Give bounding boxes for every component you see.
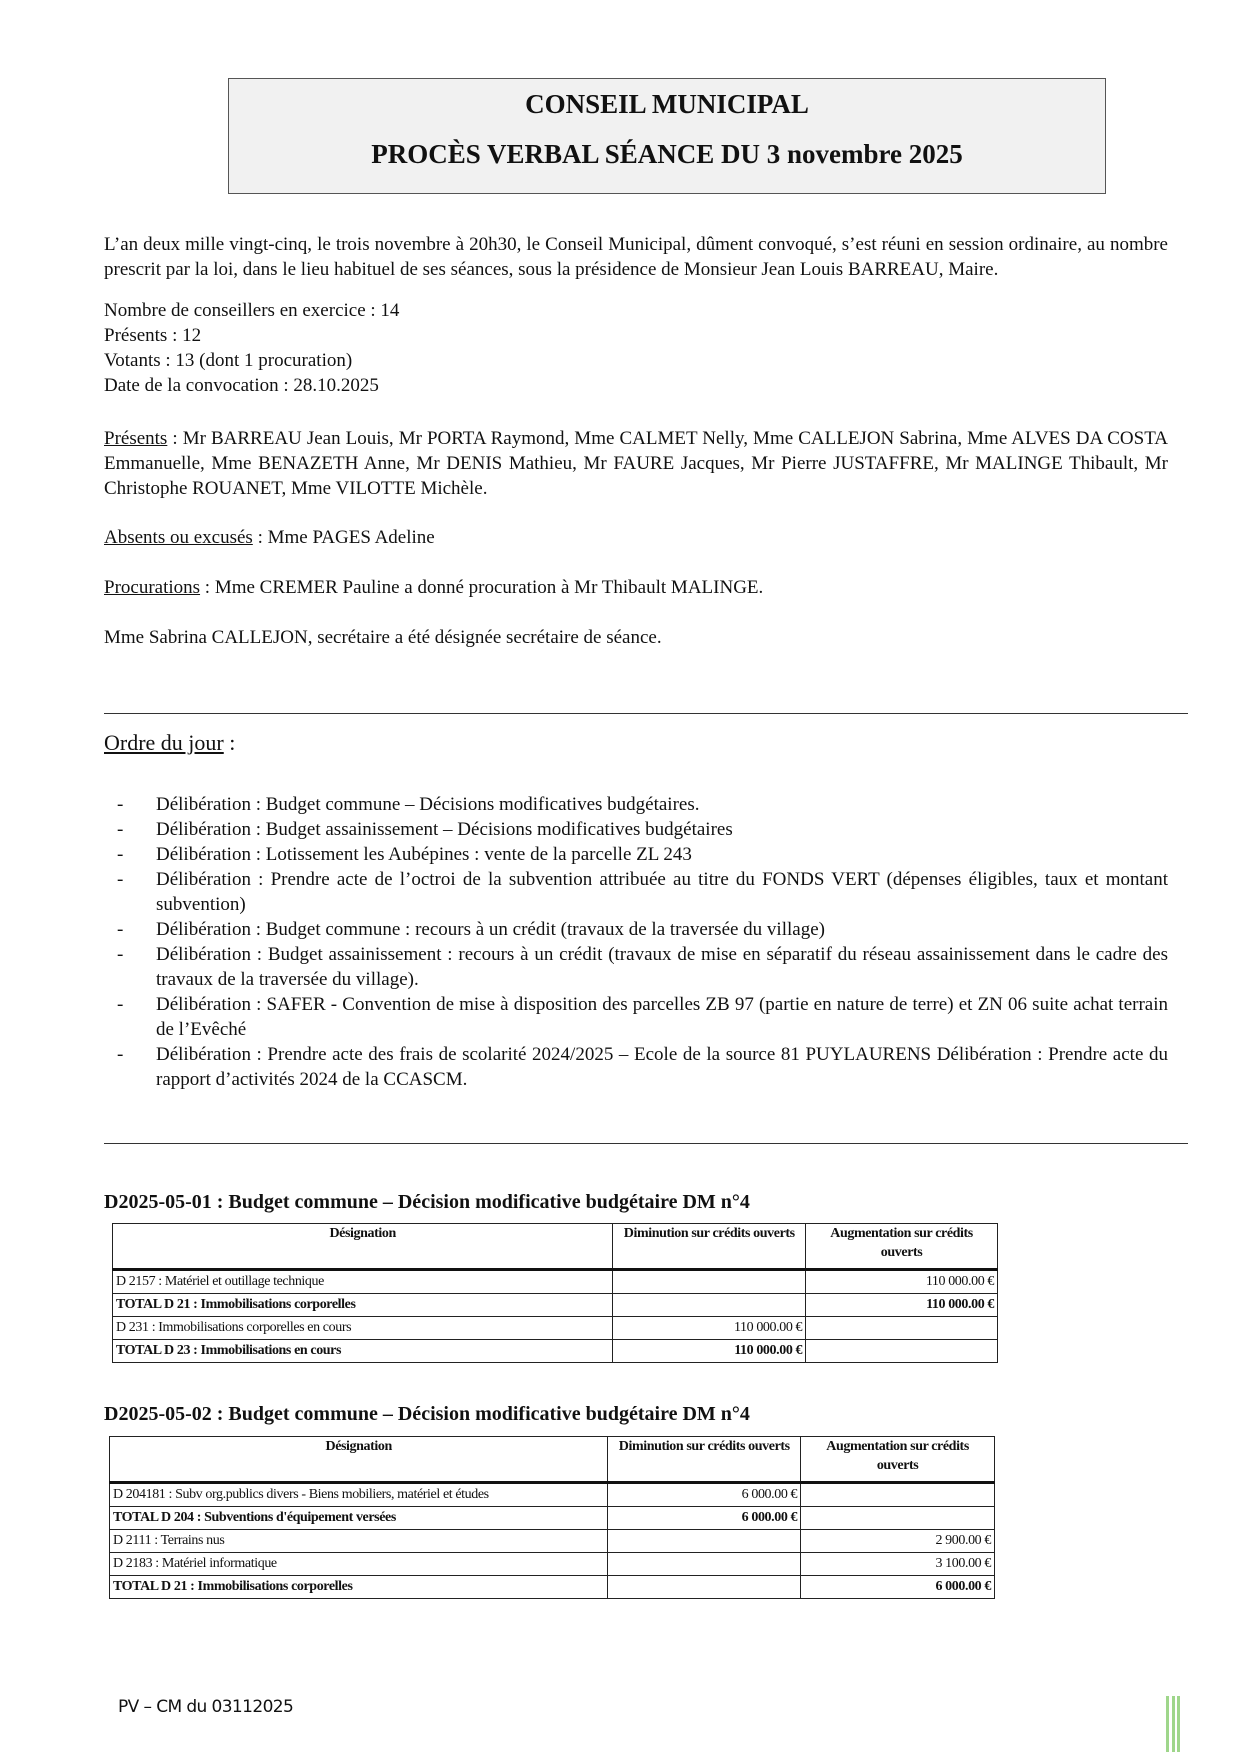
agenda-item: -Délibération : Lotissement les Aubépine… (104, 842, 1168, 867)
stat-presents: Présents : 12 (104, 323, 1168, 348)
cell-designation: D 2183 : Matériel informatique (110, 1553, 608, 1576)
cell-designation: D 2111 : Terrains nus (110, 1530, 608, 1553)
agenda-item: -Délibération : Budget commune : recours… (104, 917, 1168, 942)
table-total-row: TOTAL D 21 : Immobilisations corporelles… (113, 1294, 998, 1317)
intro-paragraph: L’an deux mille vingt-cinq, le trois nov… (104, 232, 1168, 282)
cell-diminution (608, 1553, 801, 1576)
cell-designation: TOTAL D 21 : Immobilisations corporelles (113, 1294, 613, 1317)
cell-diminution: 110 000.00 € (613, 1317, 806, 1340)
bullet-dash: - (117, 867, 123, 892)
title-box: CONSEIL MUNICIPAL PROCÈS VERBAL SÉANCE D… (228, 78, 1106, 194)
section-title-d2025-05-01: D2025-05-01 : Budget commune – Décision … (104, 1191, 750, 1214)
bullet-dash: - (117, 842, 123, 867)
divider (104, 713, 1188, 714)
session-stats: Nombre de conseillers en exercice : 14 P… (104, 298, 1168, 398)
agenda-label: Ordre du jour (104, 730, 224, 755)
col-diminution: Diminution sur crédits ouverts (613, 1224, 806, 1270)
cell-diminution (613, 1294, 806, 1317)
agenda-item: -Délibération : SAFER - Convention de mi… (104, 992, 1168, 1042)
agenda-item: -Délibération : Prendre acte de l’octroi… (104, 867, 1168, 917)
cell-diminution: 110 000.00 € (613, 1340, 806, 1363)
cell-augmentation (801, 1483, 995, 1507)
agenda-item: -Délibération : Prendre acte des frais d… (104, 1042, 1168, 1092)
cell-augmentation: 110 000.00 € (806, 1270, 998, 1294)
agenda-item-text: Délibération : Budget commune – Décision… (156, 794, 699, 815)
col-diminution: Diminution sur crédits ouverts (608, 1437, 801, 1483)
section-title-d2025-05-02: D2025-05-02 : Budget commune – Décision … (104, 1403, 750, 1426)
cell-augmentation: 6 000.00 € (801, 1576, 995, 1599)
stat-votants: Votants : 13 (dont 1 procuration) (104, 348, 1168, 373)
procurations-text: : Mme CREMER Pauline a donné procuration… (200, 577, 763, 598)
agenda-item-text: Délibération : SAFER - Convention de mis… (156, 994, 1168, 1040)
cell-augmentation: 110 000.00 € (806, 1294, 998, 1317)
cell-diminution (608, 1530, 801, 1553)
procurations-label: Procurations (104, 577, 200, 598)
col-designation: Désignation (113, 1224, 613, 1270)
document-title: CONSEIL MUNICIPAL (229, 89, 1105, 120)
bullet-dash: - (117, 917, 123, 942)
bullet-dash: - (117, 992, 123, 1017)
secretary-paragraph: Mme Sabrina CALLEJON, secrétaire a été d… (104, 625, 1168, 650)
cell-diminution (608, 1576, 801, 1599)
cell-diminution (613, 1270, 806, 1294)
document-subtitle: PROCÈS VERBAL SÉANCE DU 3 novembre 2025 (229, 139, 1105, 170)
cell-designation: D 231 : Immobilisations corporelles en c… (113, 1317, 613, 1340)
cell-designation: D 204181 : Subv org.publics divers - Bie… (110, 1483, 608, 1507)
bullet-dash: - (117, 1042, 123, 1067)
cell-augmentation: 3 100.00 € (801, 1553, 995, 1576)
table-row: D 231 : Immobilisations corporelles en c… (113, 1317, 998, 1340)
table-total-row: TOTAL D 204 : Subventions d'équipement v… (110, 1507, 995, 1530)
cell-augmentation: 2 900.00 € (801, 1530, 995, 1553)
table-total-row: TOTAL D 23 : Immobilisations en cours110… (113, 1340, 998, 1363)
absents-list: : Mme PAGES Adeline (253, 527, 435, 548)
cell-diminution: 6 000.00 € (608, 1507, 801, 1530)
agenda-item: -Délibération : Budget commune – Décisio… (104, 792, 1168, 817)
agenda-item: -Délibération : Budget assainissement – … (104, 817, 1168, 842)
footer-text: PV – CM du 03112025 (118, 1697, 293, 1717)
absents-paragraph: Absents ou excusés : Mme PAGES Adeline (104, 525, 1168, 550)
table-row: D 2157 : Matériel et outillage technique… (113, 1270, 998, 1294)
bullet-dash: - (117, 792, 123, 817)
procurations-paragraph: Procurations : Mme CREMER Pauline a donn… (104, 575, 1168, 600)
agenda-item-text: Délibération : Budget assainissement – D… (156, 819, 733, 840)
cell-designation: TOTAL D 204 : Subventions d'équipement v… (110, 1507, 608, 1530)
cell-designation: D 2157 : Matériel et outillage technique (113, 1270, 613, 1294)
table-row: D 204181 : Subv org.publics divers - Bie… (110, 1483, 995, 1507)
cell-augmentation (806, 1317, 998, 1340)
budget-table-d2025-05-02: Désignation Diminution sur crédits ouver… (109, 1436, 995, 1599)
presents-label: Présents (104, 428, 167, 449)
cell-designation: TOTAL D 21 : Immobilisations corporelles (110, 1576, 608, 1599)
bullet-dash: - (117, 942, 123, 967)
cell-augmentation (801, 1507, 995, 1530)
agenda-suffix: : (224, 730, 236, 755)
agenda-list: -Délibération : Budget commune – Décisio… (104, 792, 1168, 1092)
bullet-dash: - (117, 817, 123, 842)
col-designation: Désignation (110, 1437, 608, 1483)
cell-diminution: 6 000.00 € (608, 1483, 801, 1507)
col-augmentation: Augmentation sur crédits ouverts (806, 1224, 998, 1270)
agenda-item: -Délibération : Budget assainissement : … (104, 942, 1168, 992)
cell-designation: TOTAL D 23 : Immobilisations en cours (113, 1340, 613, 1363)
agenda-heading: Ordre du jour : (104, 730, 235, 756)
agenda-item-text: Délibération : Prendre acte des frais de… (156, 1044, 1168, 1090)
presents-paragraph: Présents : Mr BARREAU Jean Louis, Mr POR… (104, 426, 1168, 501)
stat-conseillers: Nombre de conseillers en exercice : 14 (104, 298, 1168, 323)
table-row: D 2183 : Matériel informatique3 100.00 € (110, 1553, 995, 1576)
absents-label: Absents ou excusés (104, 527, 253, 548)
footer-decoration-bars (1166, 1696, 1180, 1752)
budget-table-d2025-05-01: Désignation Diminution sur crédits ouver… (112, 1223, 998, 1363)
agenda-item-text: Délibération : Lotissement les Aubépines… (156, 844, 692, 865)
stat-convocation-date: Date de la convocation : 28.10.2025 (104, 373, 1168, 398)
agenda-item-text: Délibération : Budget assainissement : r… (156, 944, 1168, 990)
col-augmentation: Augmentation sur crédits ouverts (801, 1437, 995, 1483)
table-total-row: TOTAL D 21 : Immobilisations corporelles… (110, 1576, 995, 1599)
divider (104, 1143, 1188, 1144)
agenda-item-text: Délibération : Prendre acte de l’octroi … (156, 869, 1168, 915)
table-row: D 2111 : Terrains nus2 900.00 € (110, 1530, 995, 1553)
presents-list: : Mr BARREAU Jean Louis, Mr PORTA Raymon… (104, 428, 1168, 499)
agenda-item-text: Délibération : Budget commune : recours … (156, 919, 825, 940)
cell-augmentation (806, 1340, 998, 1363)
